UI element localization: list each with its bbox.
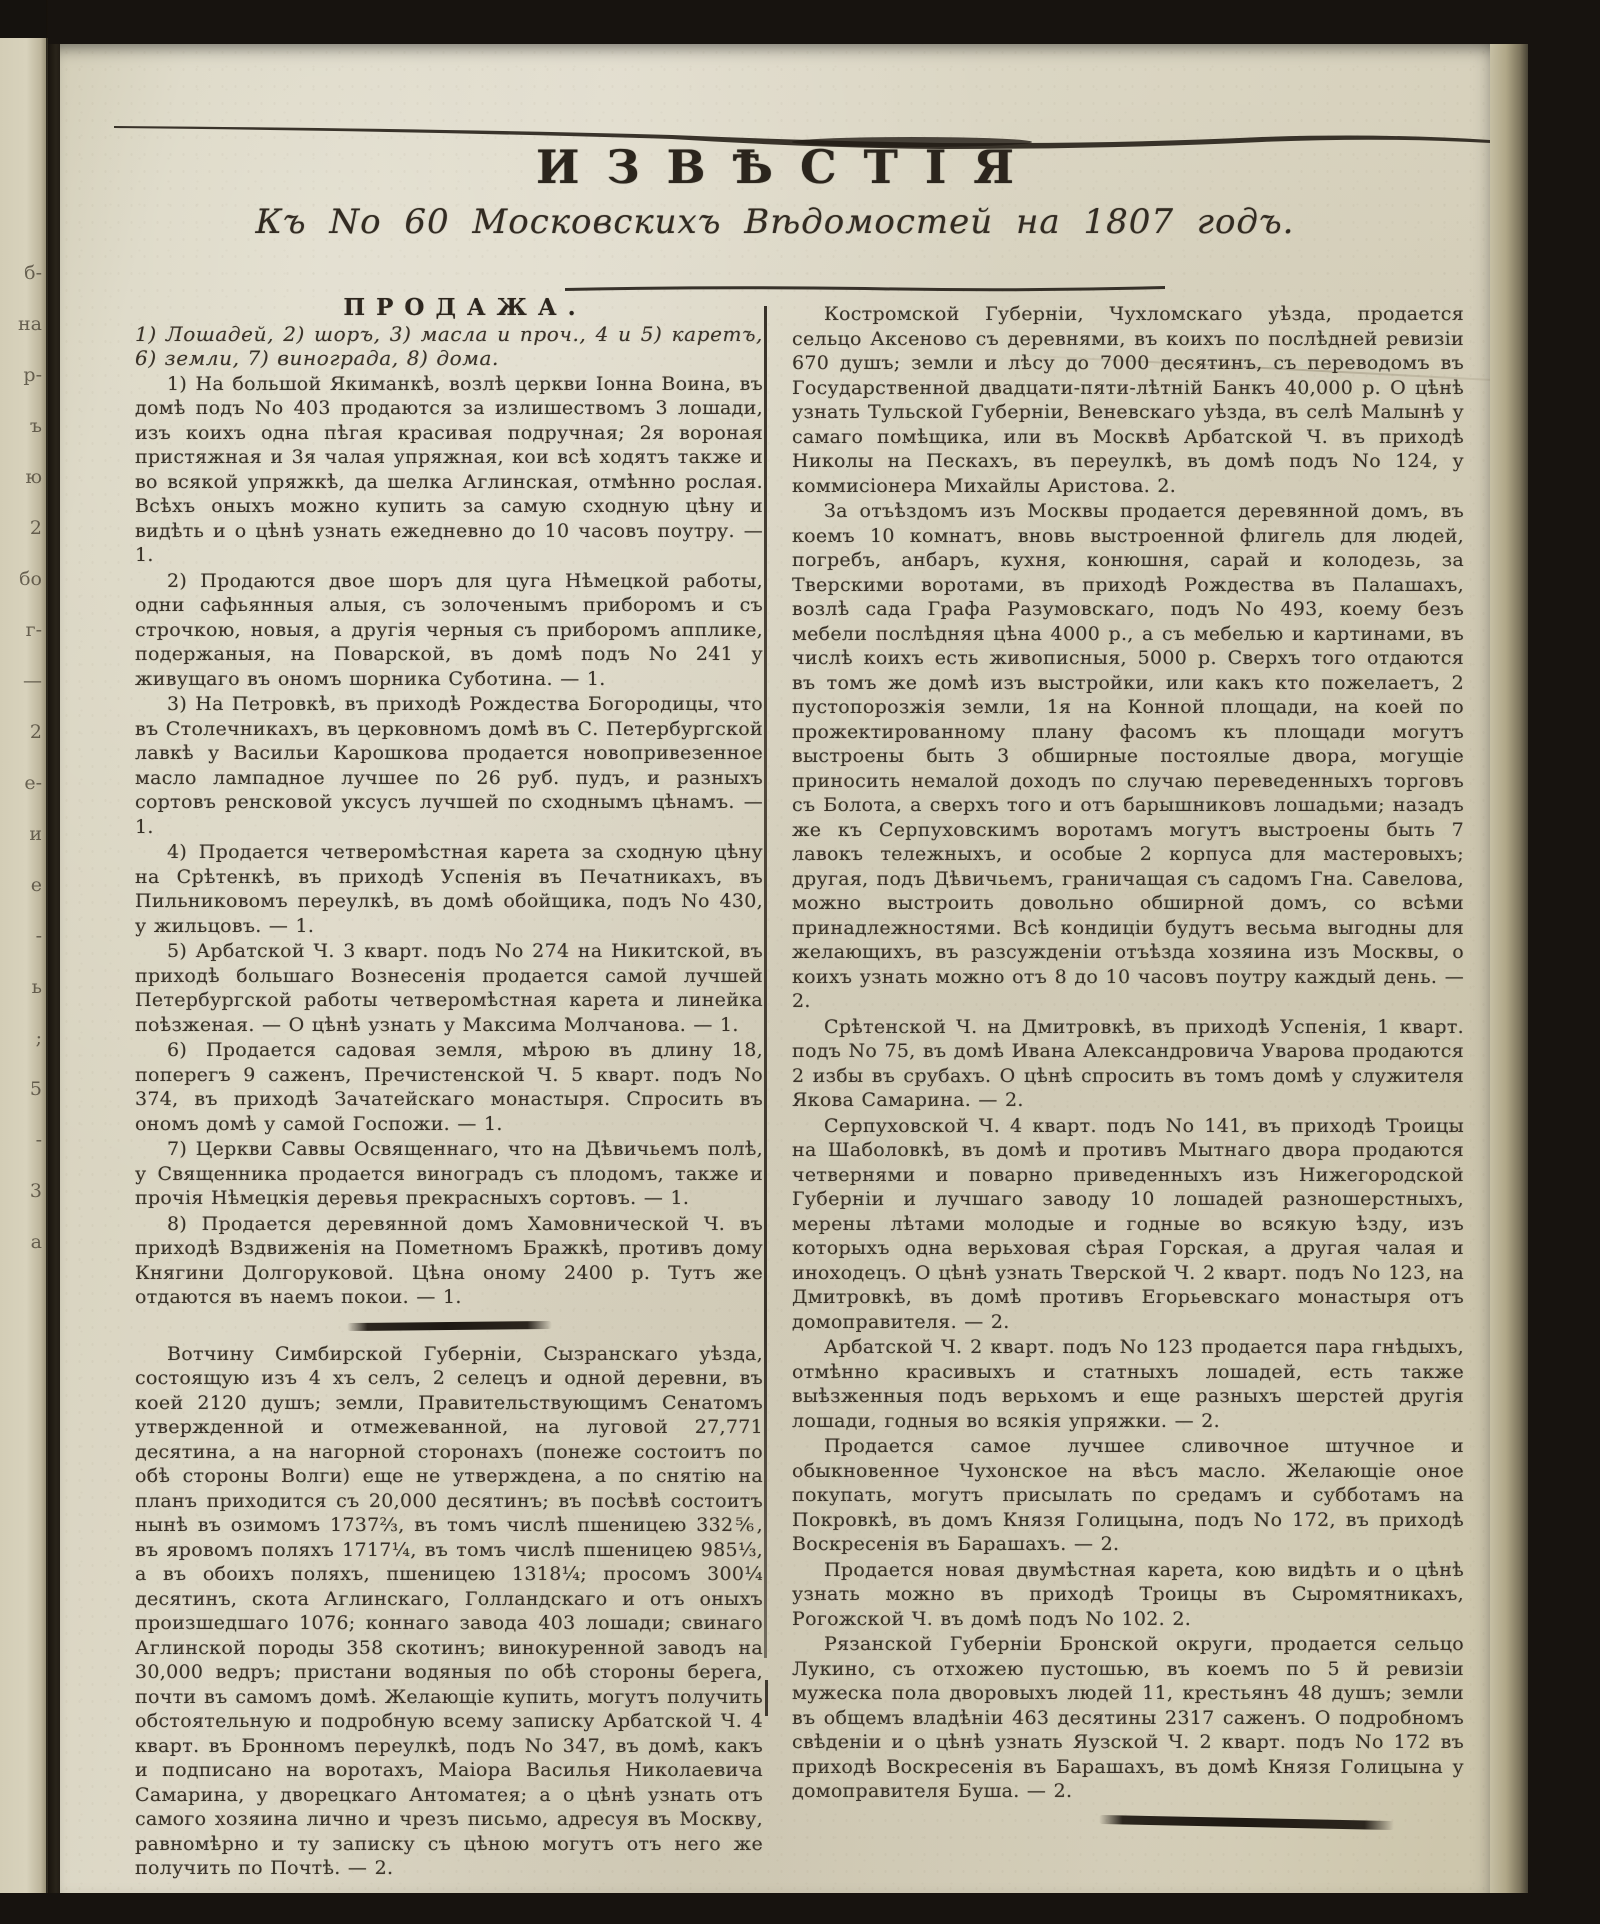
estate-notice: Вотчину Симбирской Губерніи, Сызранскаго… [135, 1342, 763, 1881]
previous-page-edge: б- на р- ъ ю 2 бо г- — 2 е- и е - ь ; 5 … [0, 38, 48, 1894]
sale-item-5: 5) Арбатской Ч. 3 кварт. подъ No 274 на … [135, 939, 763, 1037]
scanner-background-right [1528, 0, 1600, 1924]
previous-page-text-fragments: б- на р- ъ ю 2 бо г- — 2 е- и е - ь ; 5 … [8, 248, 42, 1268]
ad-paragraph-5: Арбатской Ч. 2 кварт. подъ No 123 продае… [792, 1335, 1464, 1433]
masthead-subtitle: Къ No 60 Московскихъ Вѣдомостей на 1807 … [60, 202, 1490, 242]
ad-paragraph-1: Костромской Губерніи, Чухломскаго уѣзда,… [792, 302, 1464, 498]
right-column: Костромской Губерніи, Чухломскаго уѣзда,… [792, 302, 1464, 1827]
column-divider-mark [765, 1680, 768, 1716]
sale-item-2: 2) Продаются двое шоръ для цуга Нѣмецкой… [135, 569, 763, 692]
left-column: ПРОДАЖА. 1) Лошадей, 2) шоръ, 3) масла и… [135, 296, 763, 1882]
section-divider-rule [346, 1320, 551, 1330]
ad-paragraph-3: Срѣтенской Ч. на Дмитровкѣ, въ приходѣ У… [792, 1015, 1464, 1113]
page-stack-edge [1490, 40, 1530, 1893]
ad-paragraph-4: Серпуховской Ч. 4 кварт. подъ No 141, въ… [792, 1114, 1464, 1335]
ad-paragraph-7: Продается новая двумѣстная карета, кою в… [792, 1558, 1464, 1632]
scanner-background-bottom [0, 1893, 1600, 1924]
scanner-background-top [48, 0, 1600, 44]
sale-item-7: 7) Церкви Саввы Освященнаго, что на Дѣви… [135, 1137, 763, 1211]
ad-paragraph-6: Продается самое лучшее сливочное штучное… [792, 1434, 1464, 1557]
newspaper-page: ИЗВѢСТІЯ Къ No 60 Московскихъ Вѣдомостей… [60, 44, 1490, 1893]
subtitle-rule [565, 282, 1165, 294]
ad-paragraph-8: Рязанской Губерніи Бронской округи, прод… [792, 1632, 1464, 1804]
sale-item-4: 4) Продается четверомѣстная карета за сх… [135, 840, 763, 938]
ad-paragraph-2: За отъѣздомъ изъ Москвы продается деревя… [792, 499, 1464, 1014]
newspaper-scan: б- на р- ъ ю 2 бо г- — 2 е- и е - ь ; 5 … [0, 0, 1600, 1924]
sale-item-1: 1) На большой Якиманкѣ, возлѣ церкви Іон… [135, 372, 763, 568]
end-divider-rule [1099, 1814, 1394, 1829]
column-divider [764, 306, 767, 1658]
sale-item-6: 6) Продается садовая земля, мѣрою въ дли… [135, 1038, 763, 1136]
sale-item-3: 3) На Петровкѣ, въ приходѣ Рождества Бог… [135, 692, 763, 839]
section-index: 1) Лошадей, 2) шоръ, 3) масла и проч., 4… [135, 322, 763, 371]
masthead-title: ИЗВѢСТІЯ [60, 140, 1490, 194]
sale-item-8: 8) Продается деревянной домъ Хамовническ… [135, 1212, 763, 1310]
section-heading: ПРОДАЖА. [135, 296, 763, 321]
